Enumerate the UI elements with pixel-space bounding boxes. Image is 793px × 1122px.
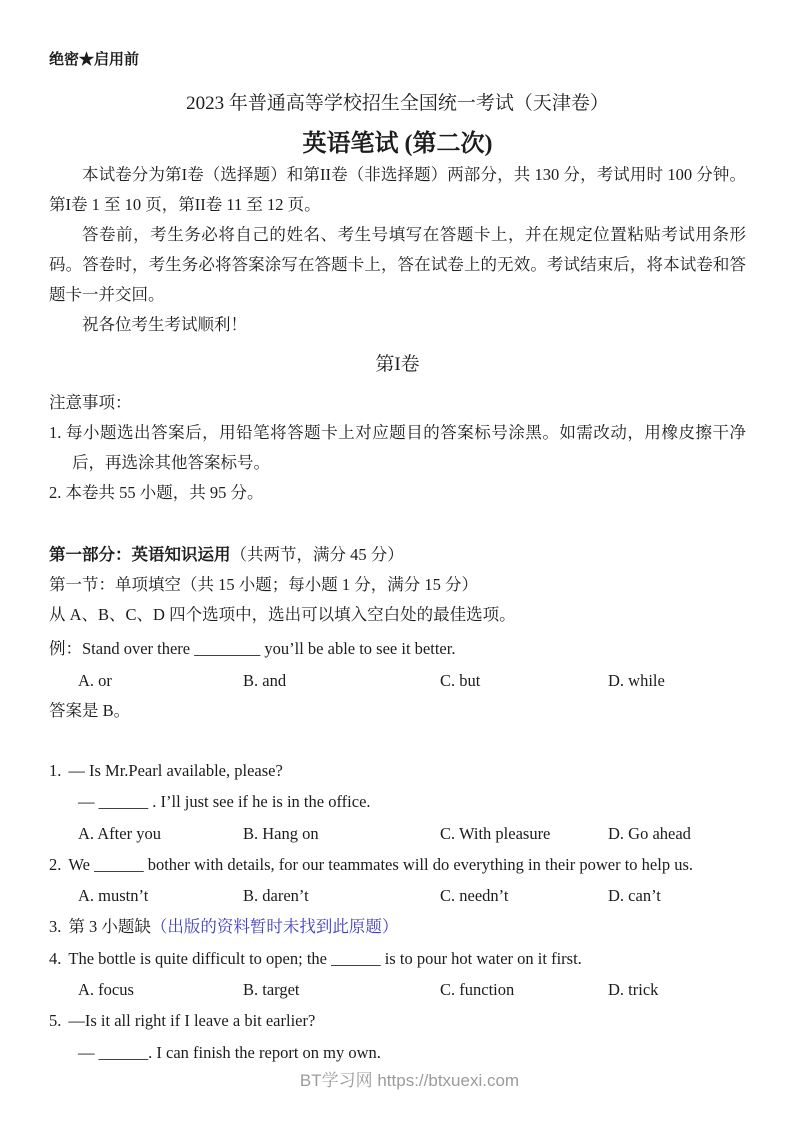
question-number: 4.	[49, 949, 61, 968]
option-a: A. mustn’t	[78, 880, 243, 911]
question-number: 5.	[49, 1011, 61, 1030]
option-c: C. needn’t	[440, 880, 608, 911]
section-heading: 第一节：单项填空（共 15 小题；每小题 1 分，满分 15 分）	[49, 570, 746, 600]
option-c: C. function	[440, 974, 608, 1005]
question-4-options: A. focus B. target C. function D. trick	[49, 974, 746, 1005]
option-b: B. target	[243, 974, 440, 1005]
volume-heading: 第I卷	[49, 351, 746, 379]
question-text: We ______ bother with details, for our t…	[68, 855, 693, 874]
question-1-line-2: — ______ . I’ll just see if he is in the…	[49, 786, 746, 818]
question-text: The bottle is quite difficult to open; t…	[68, 949, 581, 968]
question-text: — Is Mr.Pearl available, please?	[68, 761, 282, 780]
part-heading-detail: （共两节，满分 45 分）	[231, 545, 404, 564]
notes-title: 注意事项：	[49, 388, 746, 418]
page-content: 绝密★启用前 2023 年普通高等学校招生全国统一考试（天津卷） 英语笔试 (第…	[0, 0, 793, 1068]
option-d: D. can’t	[608, 880, 746, 911]
watermark: BT学习网 https://btxuexi.com	[0, 1066, 793, 1091]
intro-paragraph-1: 本试卷分为第I卷（选择题）和第II卷（非选择题）两部分，共 130 分，考试用时…	[49, 160, 746, 220]
option-d: D. while	[608, 665, 746, 696]
example-line: 例：Stand over there ________ you’ll be ab…	[49, 633, 746, 665]
option-a: A. After you	[78, 818, 243, 849]
missing-question-note: （出版的资料暂时未找到此原题）	[151, 917, 399, 936]
question-1-options: A. After you B. Hang on C. With pleasure…	[49, 818, 746, 849]
question-1-line-1: 1.— Is Mr.Pearl available, please?	[49, 755, 746, 787]
question-number: 3.	[49, 917, 61, 936]
question-5-line-2: — ______. I can finish the report on my …	[49, 1037, 746, 1069]
exam-title: 2023 年普通高等学校招生全国统一考试（天津卷）	[49, 91, 746, 117]
question-3-line-1: 3.第 3 小题缺（出版的资料暂时未找到此原题）	[49, 911, 746, 943]
note-item-1: 1. 每小题选出答案后，用铅笔将答题卡上对应题目的答案标号涂黑。如需改动，用橡皮…	[49, 418, 746, 478]
question-number: 2.	[49, 855, 61, 874]
option-d: D. trick	[608, 974, 746, 1005]
note-item-2: 2. 本卷共 55 小题，共 95 分。	[49, 478, 746, 508]
subject-title: 英语笔试 (第二次)	[49, 128, 746, 160]
intro-paragraph-2: 答卷前，考生务必将自己的姓名、考生号填写在答题卡上，并在规定位置粘贴考试用条形码…	[49, 220, 746, 310]
question-2-options: A. mustn’t B. daren’t C. needn’t D. can’…	[49, 880, 746, 911]
part-heading-title: 第一部分：英语知识运用	[49, 545, 231, 564]
exam-paper-page: 绝密★启用前 2023 年普通高等学校招生全国统一考试（天津卷） 英语笔试 (第…	[0, 0, 793, 1122]
option-a: A. focus	[78, 974, 243, 1005]
question-2-line-1: 2.We ______ bother with details, for our…	[49, 849, 746, 881]
option-c: C. With pleasure	[440, 818, 608, 849]
question-text: 第 3 小题缺	[68, 917, 151, 936]
example-options: A. or B. and C. but D. while	[49, 665, 746, 696]
question-5-line-1: 5.—Is it all right if I leave a bit earl…	[49, 1005, 746, 1037]
option-b: B. and	[243, 665, 440, 696]
option-d: D. Go ahead	[608, 818, 746, 849]
option-a: A. or	[78, 665, 243, 696]
option-b: B. daren’t	[243, 880, 440, 911]
question-number: 1.	[49, 761, 61, 780]
option-c: C. but	[440, 665, 608, 696]
instruction-line: 从 A、B、C、D 四个选项中，选出可以填入空白处的最佳选项。	[49, 600, 746, 630]
questions-list: 1.— Is Mr.Pearl available, please? — ___…	[49, 755, 746, 1069]
secret-label: 绝密★启用前	[49, 0, 746, 70]
wish-line: 祝各位考生考试顺利！	[49, 310, 746, 340]
answer-note: 答案是 B。	[49, 696, 746, 726]
question-4-line-1: 4.The bottle is quite difficult to open;…	[49, 943, 746, 975]
option-b: B. Hang on	[243, 818, 440, 849]
part-heading: 第一部分：英语知识运用（共两节，满分 45 分）	[49, 540, 746, 570]
question-text: —Is it all right if I leave a bit earlie…	[68, 1011, 315, 1030]
